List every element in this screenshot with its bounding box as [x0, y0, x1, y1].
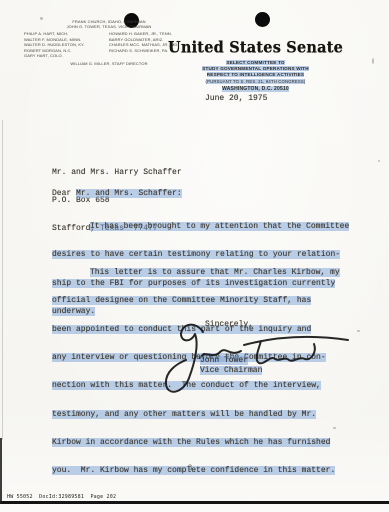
staff-director-line: WILLIAM G. MILLER, STAFF DIRECTOR	[24, 61, 194, 66]
senate-masthead-title: United States Senate	[168, 38, 343, 56]
salutation-name: Mr. and Mrs. Schaffer:	[76, 189, 182, 198]
scan-speck	[40, 17, 43, 20]
scan-control-footer: HW 55052 DocId:32989581 Page 202	[7, 494, 116, 500]
member-name: PHILIP A. HART, MICH.	[24, 31, 109, 36]
scan-left-edge	[2, 120, 3, 440]
committee-line: SELECT COMMITTEE TO	[226, 60, 284, 65]
body-line: This letter is to assure that Mr. Charle…	[52, 268, 340, 277]
letter-date: June 20, 1975	[205, 94, 267, 103]
punch-hole-icon	[255, 12, 270, 27]
city-line: WASHINGTON, D.C. 20510	[222, 86, 289, 92]
body-line: nection with this matter. The conduct of…	[52, 381, 340, 390]
scan-speck	[372, 58, 374, 64]
salutation-prefix: Dear	[52, 189, 76, 198]
body-line: official designee on the Committee Minor…	[52, 296, 340, 305]
member-name: WALTER F. MONDALE, MINN.	[24, 37, 109, 42]
typed-title: Vice Chairman	[200, 366, 262, 375]
scan-speck	[378, 160, 380, 162]
body-line: you. Mr. Kirbow has my complete confiden…	[52, 466, 340, 475]
page-number: 8	[188, 463, 192, 472]
body-line: been appointed to conduct this part of t…	[52, 325, 340, 334]
body-line: any interview or questioning before the …	[52, 353, 340, 362]
vice-chairman-line: JOHN G. TOWER, TEXAS, VICE CHAIRMAN	[24, 24, 194, 29]
pursuant-line: (PURSUANT TO S. RES. 21, 94TH CONGRESS)	[206, 79, 306, 84]
member-name: WALTER D. HUDDLESTON, KY.	[24, 42, 109, 47]
body-line: Kirbow in accordance with the Rules whic…	[52, 438, 340, 447]
member-name: HOWARD H. BAKER, JR., TENN.	[109, 31, 194, 36]
salutation: Dear Mr. and Mrs. Schaffer:	[52, 189, 182, 198]
committee-title-block: SELECT COMMITTEE TO STUDY GOVERNMENTAL O…	[178, 60, 333, 93]
committee-line: STUDY GOVERNMENTAL OPERATIONS WITH	[202, 66, 309, 71]
address-line: Mr. and Mrs. Harry Schaffer	[52, 168, 182, 177]
body-line: It has been brought to my attention that…	[52, 222, 349, 231]
closing: Sincerely,	[205, 320, 253, 329]
body-paragraph-2: This letter is to assure that Mr. Charle…	[52, 249, 340, 495]
scan-bottom-edge	[0, 501, 389, 504]
scan-speck	[333, 427, 336, 429]
typed-name: John Tower	[200, 356, 248, 365]
scan-left-edge-dark	[0, 438, 2, 504]
member-name: ROBERT MORGAN, N.C.	[24, 48, 109, 53]
member-name: GARY HART, COLO.	[24, 53, 109, 58]
committee-line: RESPECT TO INTELLIGENCE ACTIVITIES	[207, 72, 304, 77]
scanned-letter-page: FRANK CHURCH, IDAHO, CHAIRMAN JOHN G. TO…	[0, 0, 389, 512]
scan-speck	[357, 330, 360, 332]
members-column-1: PHILIP A. HART, MICH. WALTER F. MONDALE,…	[24, 31, 109, 59]
body-line: testimony, and any other matters will be…	[52, 410, 340, 419]
